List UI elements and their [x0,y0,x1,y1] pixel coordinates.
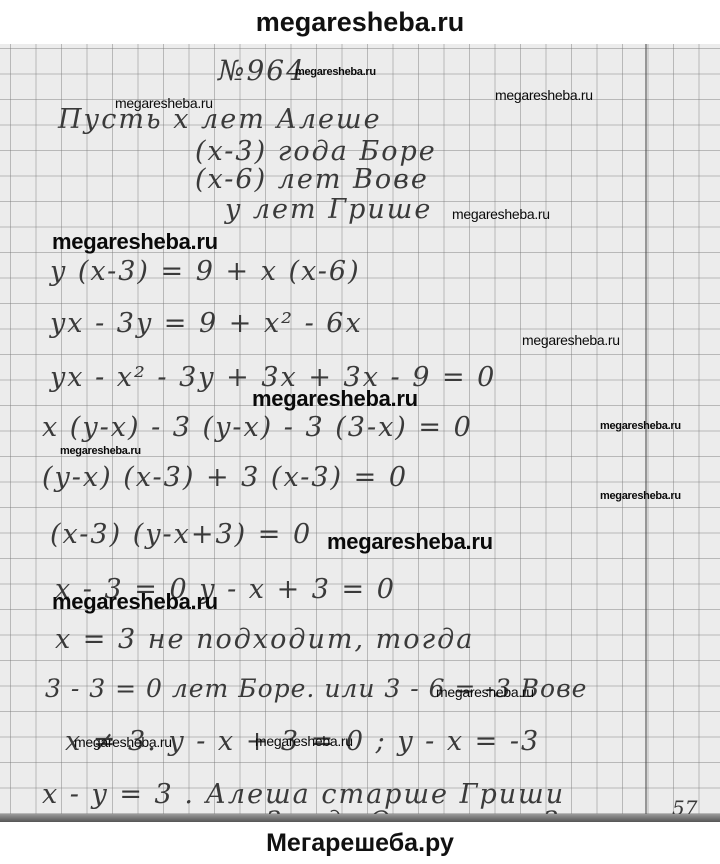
watermark: megaresheba.ru [52,229,218,255]
watermark: megaresheba.ru [295,66,376,78]
solution-line-8: x (y-x) - 3 (y-x) - 3 (3-x) = 0 [42,412,473,443]
solution-line-6: yx - 3y = 9 + x² - 6x [50,308,363,339]
site-title: megaresheba.ru [256,7,465,38]
site-footer: Мегарешеба.ру [0,822,720,864]
watermark: megaresheba.ru [436,684,534,700]
solution-line-2: (x-3) года Боре [195,136,437,167]
watermark: megaresheba.ru [74,734,172,750]
watermark: megaresheba.ru [600,490,681,502]
watermark: megaresheba.ru [522,332,620,348]
solution-line-9: (y-x) (x-3) + 3 (x-3) = 0 [42,462,408,493]
solution-line-5: y (x-3) = 9 + x (x-6) [50,256,361,287]
site-footer-title: Мегарешеба.ру [266,829,454,858]
watermark: megaresheba.ru [255,733,353,749]
solution-line-1: Пусть x лет Алеше [58,104,382,135]
watermark: megaresheba.ru [115,95,213,111]
watermark: megaresheba.ru [252,386,418,412]
solution-line-4: y лет Грише [225,194,432,225]
margin-note-number: 57 [672,796,697,820]
solution-line-10: (x-3) (y-x+3) = 0 [50,519,312,550]
solution-line-12: x = 3 не подходит, тогда [55,624,474,655]
problem-number: №964 [218,54,306,87]
watermark: megaresheba.ru [600,420,681,432]
watermark: megaresheba.ru [452,206,550,222]
watermark: megaresheba.ru [495,87,593,103]
solution-line-3: (x-6) лет Вове [195,164,429,195]
watermark: megaresheba.ru [327,529,493,555]
watermark: megaresheba.ru [52,589,218,615]
watermark: megaresheba.ru [60,445,141,457]
notebook-page: №964 Пусть x лет Алеше (x-3) года Боре (… [0,44,720,822]
margin-line [645,44,647,822]
solution-line-16: на 3 года Ответ: на 3 [220,806,560,822]
site-header: megaresheba.ru [0,0,720,44]
